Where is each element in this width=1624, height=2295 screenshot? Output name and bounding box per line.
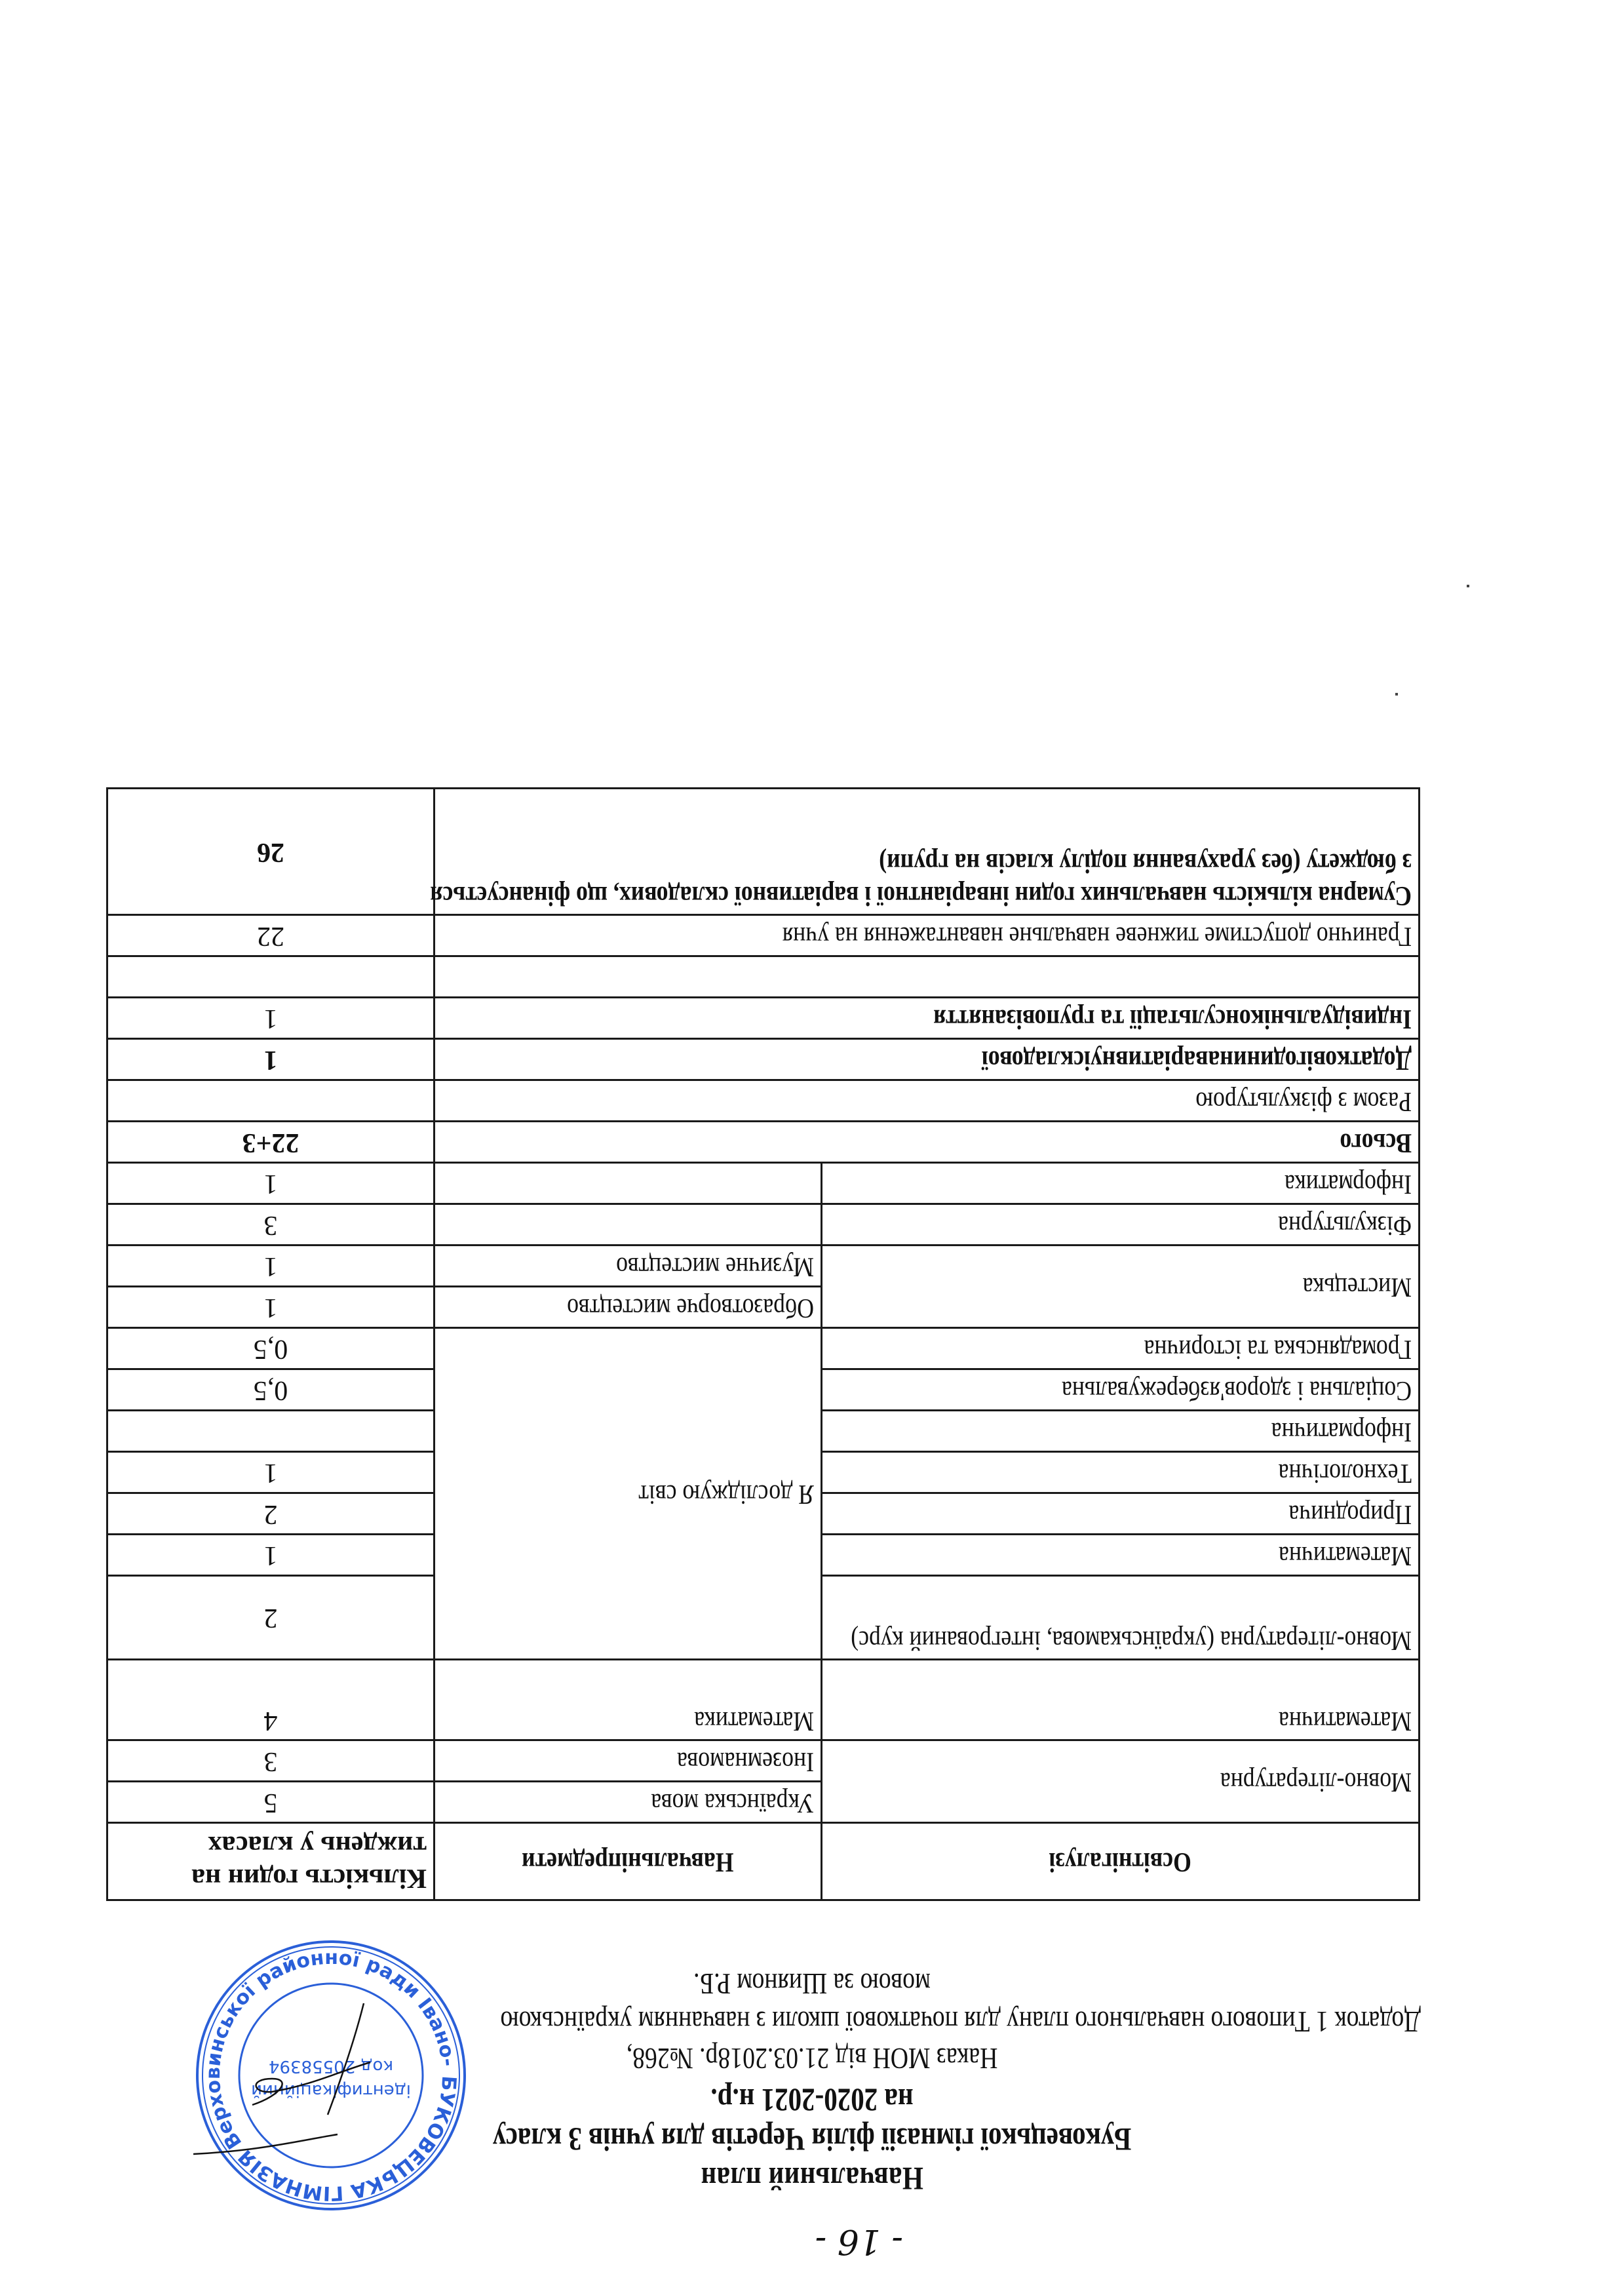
subject-cell-integrated: Я досліджую світ [435,1328,822,1660]
area-cell: Природнича [822,1493,1420,1535]
summary-row-grand-total: Сумарна кількість навчальних годин інвар… [107,789,1420,915]
summary-row-max-load: Гранично допустиме тижневе навчальне нав… [107,915,1420,956]
table-row: Інформатика 1 [107,1163,1420,1204]
subject-cell [435,1163,822,1204]
hours-cell: 2 [107,1493,435,1535]
hours-cell: 1 [107,1163,435,1204]
stamp-outer-text: БУКОВЕЦЬКА ГІМНАЗІЯ Верховинської районн… [202,1946,469,2213]
summary-label [435,956,1420,998]
summary-hours: 1 [107,998,435,1039]
subject-cell: Іноземнамова [435,1740,822,1782]
area-cell: Фізкультурна [822,1204,1420,1246]
subject-cell: Образотворче мистецтво [435,1287,822,1328]
area-cell: Інформатична [822,1411,1420,1452]
area-cell: Мистецька [822,1246,1420,1328]
summary-label: Всього [435,1122,1420,1163]
summary-label: Індивідуальнікон­сультації та груповізан… [435,998,1420,1039]
hours-cell: 4 [107,1660,435,1740]
summary-hours: 22+3 [107,1122,435,1163]
header-areas: Освітнігалузі [822,1823,1420,1900]
area-cell: Технологічна [822,1452,1420,1493]
page-number: - 16 - [815,2222,903,2261]
hours-cell: 0,5 [107,1369,435,1411]
hours-cell: 3 [107,1204,435,1246]
table-row: Фізкультурна 3 [107,1204,1420,1246]
summary-label: Сумарна кількість навчальних годин інвар… [435,789,1420,915]
area-cell: Математична [822,1660,1420,1740]
summary-hours: 26 [107,789,435,915]
summary-label: Додатковігодининаваріативнуіскладової [435,1039,1420,1080]
subject-cell: Математика [435,1660,822,1740]
area-cell: Інформатика [822,1163,1420,1204]
scan-speck [1395,693,1398,696]
hours-cell: 1 [107,1452,435,1493]
table-row: Математична Математика 4 [107,1660,1420,1740]
summary-row-total: Всього 22+3 [107,1122,1420,1163]
hours-cell: 0,5 [107,1328,435,1369]
hours-cell: 2 [107,1576,435,1660]
table-row: Мовно-літературна (українськамова, інтег… [107,1576,1420,1660]
summary-label: Гранично допустиме тижневе навчальне нав… [435,915,1420,956]
area-cell: Мовно-літературна [822,1740,1420,1823]
table-row: Мистецька Образотворче мистецтво 1 [107,1287,1420,1328]
hours-cell: 3 [107,1740,435,1782]
summary-hours [107,956,435,998]
summary-row-with-pe: Разом з фізкультурою [107,1080,1420,1122]
subject-cell: Музичне мистецтво [435,1246,822,1287]
official-stamp: БУКОВЕЦЬКА ГІМНАЗІЯ Верховинської районн… [193,1938,469,2213]
summary-hours [107,1080,435,1122]
header-subjects: Навчальніпредмети [435,1823,822,1900]
hours-cell: 1 [107,1246,435,1287]
header-hours: Кількість годин на тиждень у класах [107,1823,435,1900]
table-row: Мовно-літературна Українська мова 5 [107,1782,1420,1823]
hours-cell: 1 [107,1287,435,1328]
table-header-row: Освітнігалузі Навчальніпредмети Кількіст… [107,1823,1420,1900]
summary-row-individual: Індивідуальнікон­сультації та груповізан… [107,998,1420,1039]
curriculum-table: Освітнігалузі Навчальніпредмети Кількіст… [106,787,1420,1901]
hours-cell: 5 [107,1782,435,1823]
summary-hours: 22 [107,915,435,956]
area-cell: Мовно-літературна (українськамова, інтег… [822,1576,1420,1660]
svg-text:код 20558394: код 20558394 [269,2056,393,2076]
area-cell: Соціальна і здоров'язбережувальна [822,1369,1420,1411]
svg-text:БУКОВЕЦЬКА ГІМНАЗІЯ Верховинсь: БУКОВЕЦЬКА ГІМНАЗІЯ Верховинської районн… [202,1946,469,2213]
area-cell: Громадянська та історична [822,1328,1420,1369]
document-page: - 16 - Навчальний план Буковецької гімна… [0,0,1624,2295]
summary-row-empty [107,956,1420,998]
area-cell: Математична [822,1535,1420,1576]
summary-row-additional: Додатковігодининаваріативнуіскладової 1 [107,1039,1420,1080]
summary-hours: 1 [107,1039,435,1080]
subject-cell: Українська мова [435,1782,822,1823]
scan-speck [1467,585,1469,587]
hours-cell [107,1411,435,1452]
subject-cell [435,1204,822,1246]
summary-label: Разом з фізкультурою [435,1080,1420,1122]
hours-cell: 1 [107,1535,435,1576]
